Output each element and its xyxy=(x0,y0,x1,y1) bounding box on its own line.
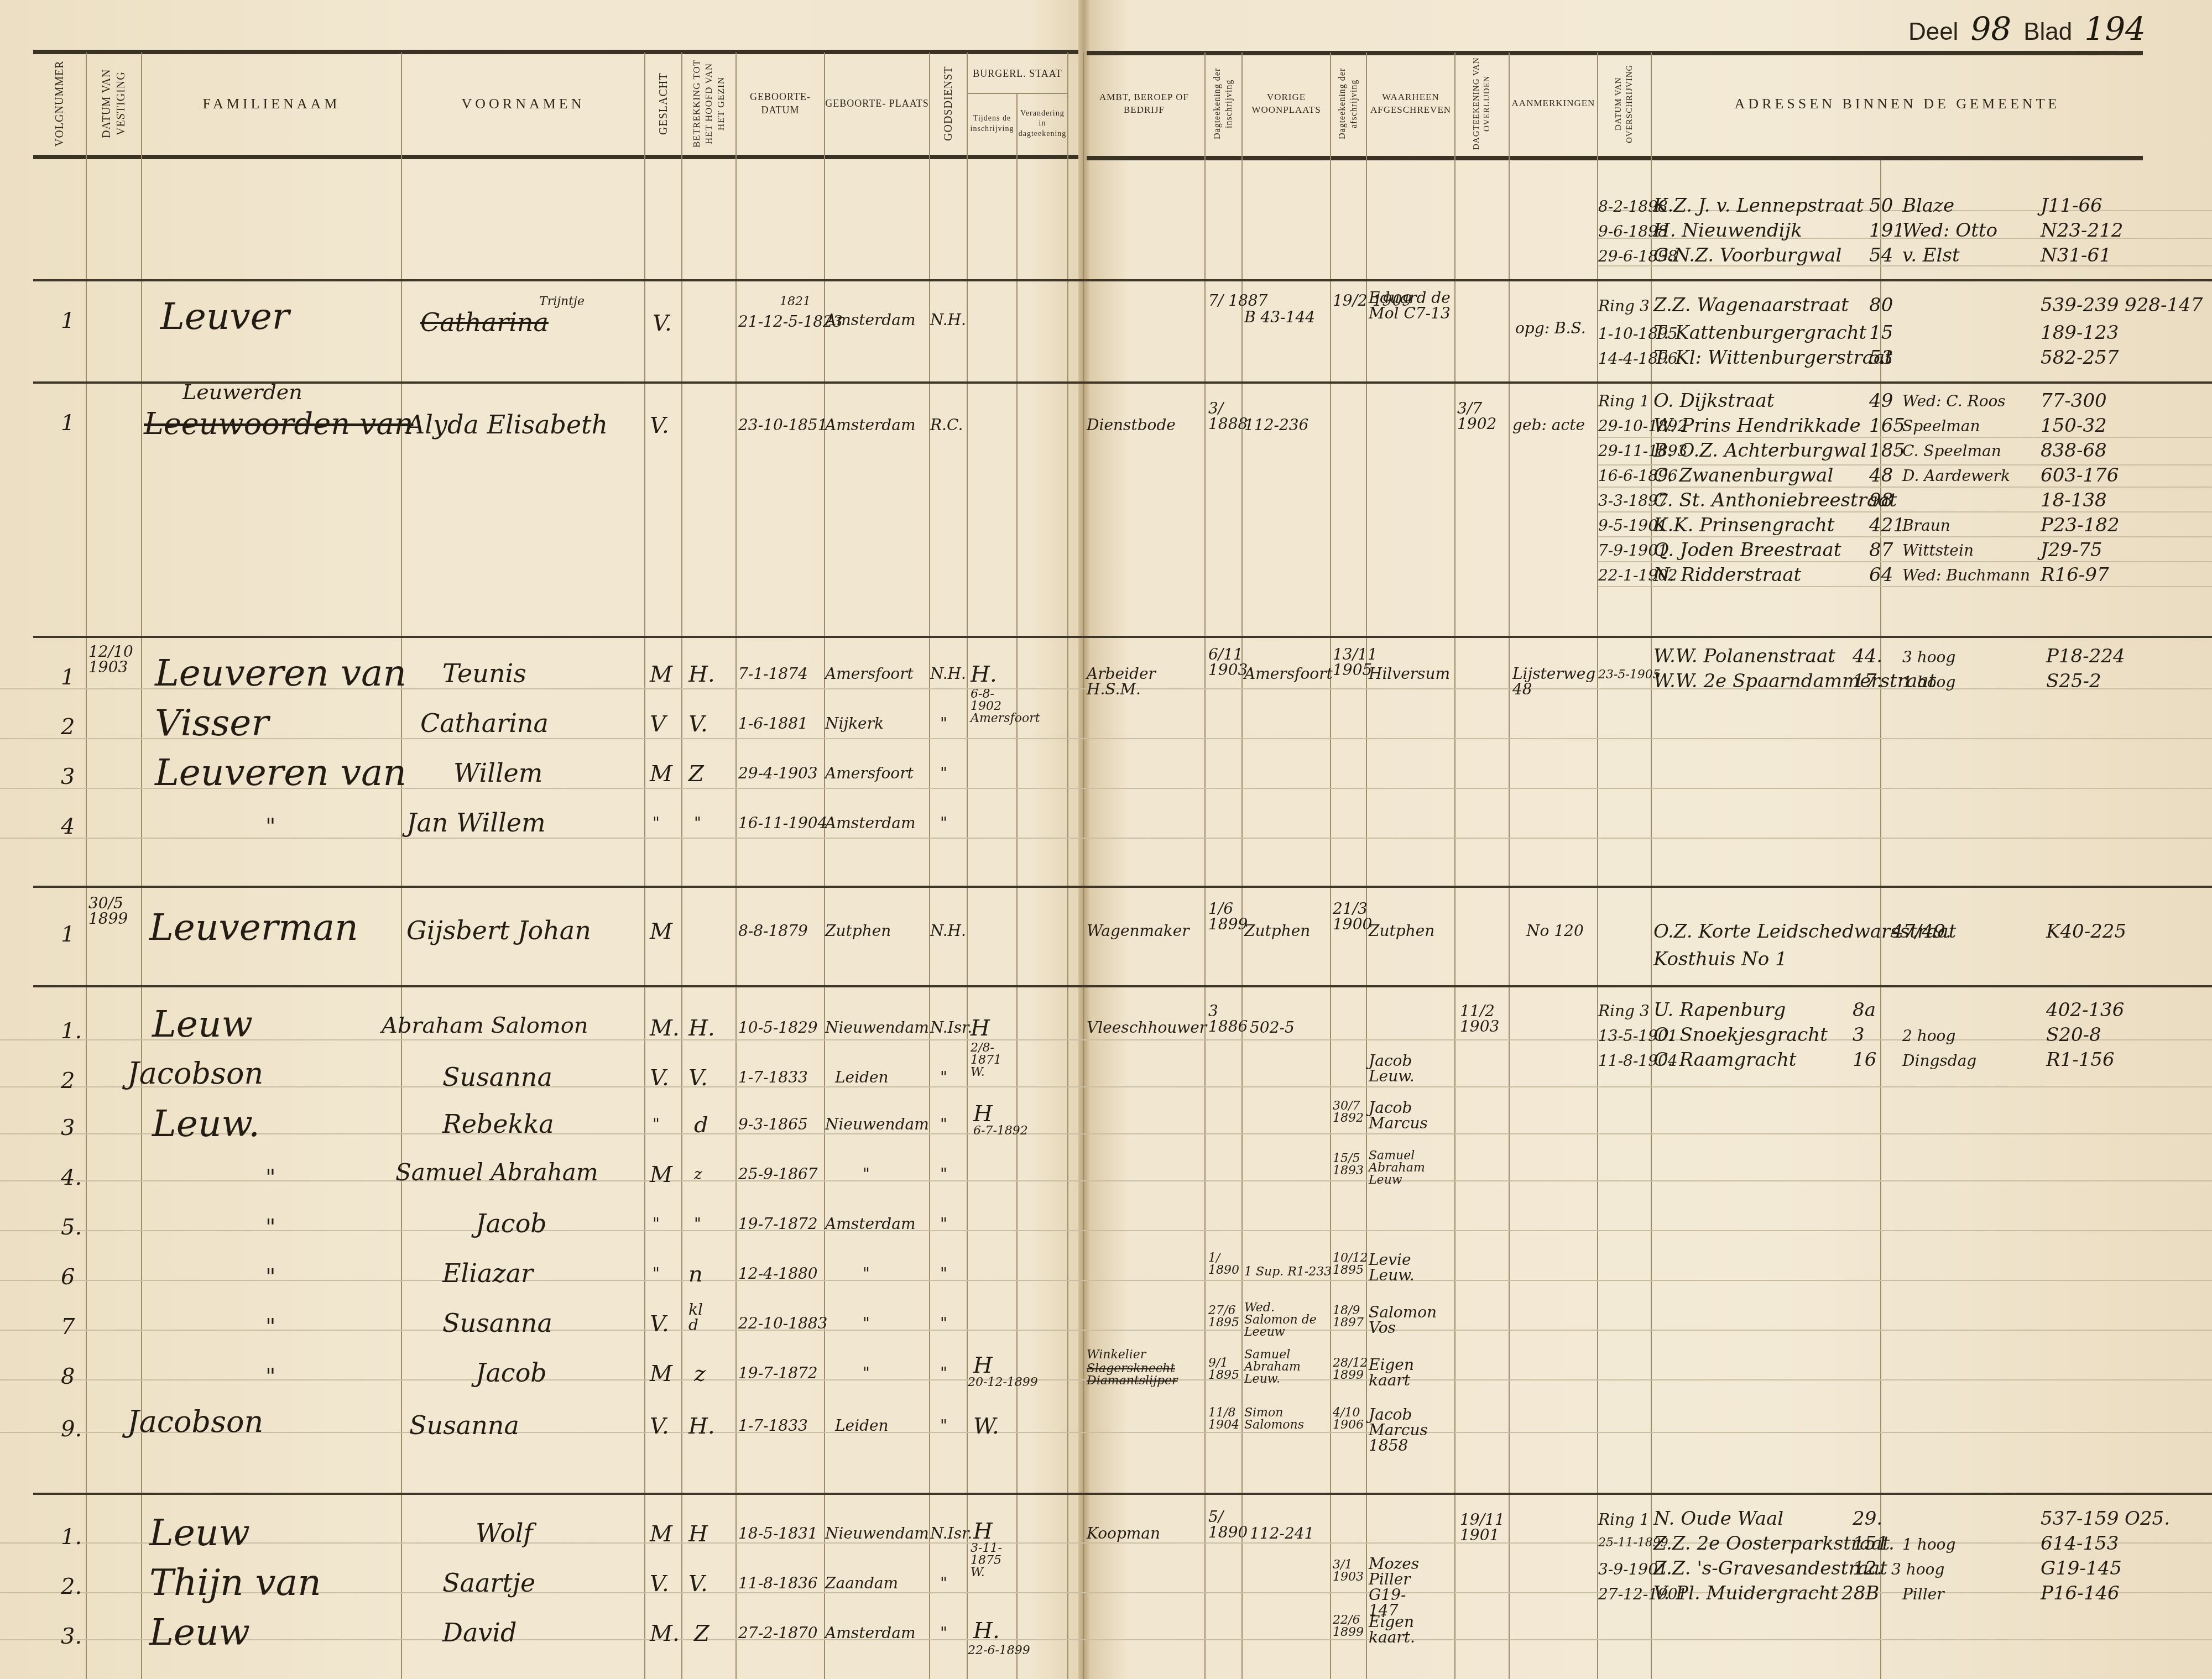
address-note: Wed: Otto xyxy=(1902,221,1997,240)
religion: " xyxy=(940,1167,947,1182)
address-number: 28B xyxy=(1841,1584,1879,1603)
waarheen: Samuel Abraham Leuw xyxy=(1369,1150,1435,1186)
surname: Leuveren van xyxy=(155,755,406,791)
volgnummer: 6 xyxy=(61,1266,75,1288)
family-separator xyxy=(33,886,2212,888)
waarheen: Hilversum xyxy=(1369,666,1450,682)
address-date: Ring 1 xyxy=(1598,394,1650,409)
address-ref: N31-61 xyxy=(2041,246,2111,265)
family-separator xyxy=(33,985,2212,987)
given-name: Gijsbert Johan xyxy=(406,918,591,943)
date-inschrijving: 7/ 1887 xyxy=(1208,293,1267,308)
col-line xyxy=(644,53,645,1679)
burgerl-staat-change: 3-11-1875 W. xyxy=(971,1542,1018,1579)
volgnummer: 1. xyxy=(61,1526,82,1548)
surname: Leuverman xyxy=(149,909,358,946)
address-note: Wed: C. Roos xyxy=(1902,394,2006,409)
address-ref: S25-2 xyxy=(2046,672,2101,691)
aanmerkingen: Lijsterweg 48 xyxy=(1512,666,1595,697)
family-separator xyxy=(33,636,2212,638)
date-afschrijving: 3/1 1903 xyxy=(1333,1559,1366,1583)
volgnummer: 2 xyxy=(61,716,75,738)
address-number: 53 xyxy=(1869,348,1893,367)
given-name: Eliazar xyxy=(442,1260,533,1286)
volgnummer: 8 xyxy=(61,1366,75,1388)
relation: Z xyxy=(688,763,704,785)
address-ref: P16-146 xyxy=(2041,1584,2120,1603)
religion: R.C. xyxy=(930,417,963,433)
book-gutter xyxy=(1078,0,1089,1679)
given-name: Jacob xyxy=(476,1360,547,1385)
burgerl-staat: H xyxy=(973,1103,993,1125)
address-number: 98 xyxy=(1869,491,1893,510)
birth-place: Zutphen xyxy=(825,923,891,939)
volgnummer: 2 xyxy=(61,1070,75,1092)
address-street: V. Pl. Muidergracht xyxy=(1653,1584,1838,1603)
waarheen: Jacob Leuw. xyxy=(1369,1053,1435,1084)
col-line xyxy=(967,53,968,1679)
col-header-datum-overschrijving: Datum van overschrijving xyxy=(1598,55,1651,152)
birth-date: 19-7-1872 xyxy=(738,1366,818,1381)
date-inschrijving: 3 1886 xyxy=(1208,1003,1241,1034)
address-date: Ring 1 xyxy=(1598,1512,1650,1528)
surname: " xyxy=(265,815,275,838)
given-name: Catharina xyxy=(420,710,549,736)
birth-date: 11-8-1836 xyxy=(738,1576,818,1591)
birth-date: 8-8-1879 xyxy=(738,923,808,939)
col-header-voornamen: Voornamen xyxy=(402,55,644,152)
col-header-datum-vestiging: Datum van vestiging xyxy=(87,55,141,152)
birth-place: Nieuwendam xyxy=(825,1020,929,1035)
address-ref: 18-138 xyxy=(2041,491,2107,510)
col-line xyxy=(1204,53,1206,1679)
address-note: 1 hoog xyxy=(1902,1537,1955,1552)
date-inschrijving: 9/1 1895 xyxy=(1208,1357,1241,1382)
col-header-dag-afschrijving: Dagteekening der afschrijving xyxy=(1331,55,1366,152)
col-line xyxy=(1509,53,1510,1679)
address-number: 421 xyxy=(1869,516,1905,535)
col-line xyxy=(86,53,87,1679)
date-overlijden: 3/7 1902 xyxy=(1457,401,1496,432)
relation: " xyxy=(694,815,701,831)
birth-date: 1-7-1833 xyxy=(738,1418,808,1434)
sex: V. xyxy=(653,312,672,334)
address-number: 44. xyxy=(1853,647,1882,666)
date-inschrijving: 11/8 1904 xyxy=(1208,1407,1241,1431)
sex: V. xyxy=(650,1415,669,1437)
relation: z xyxy=(694,1167,702,1182)
given-name: Saartje xyxy=(442,1570,535,1596)
address-note: Dingsdag xyxy=(1902,1053,1976,1069)
sex: V. xyxy=(650,415,669,437)
sex: V xyxy=(650,713,666,735)
volgnummer: 4. xyxy=(61,1167,82,1189)
sex: " xyxy=(653,815,660,831)
volgnummer: 3. xyxy=(61,1625,82,1647)
religion: " xyxy=(940,1625,947,1641)
vorige-woonplaats: 112-241 xyxy=(1250,1526,1314,1541)
ruled-line xyxy=(0,1180,2212,1181)
address-note: Braun xyxy=(1902,518,1950,533)
address-note: 1 hoog xyxy=(1902,674,1955,690)
sex: M xyxy=(650,1164,672,1186)
date-inschrijving: 1/ 1890 xyxy=(1208,1252,1241,1277)
volgnummer: 5. xyxy=(61,1216,82,1238)
given-name: Alyda Elisabeth xyxy=(406,412,608,437)
religion: N.H. xyxy=(930,312,966,328)
col-line xyxy=(401,53,402,1679)
surname: " xyxy=(265,1266,275,1288)
sex: M xyxy=(650,763,672,785)
birth-place: " xyxy=(863,1366,870,1381)
volgnummer: 1 xyxy=(61,412,75,434)
given-name: Abraham Salomon xyxy=(382,1014,588,1037)
address-ref: 402-136 xyxy=(2046,1001,2124,1019)
burgerl-staat: W. xyxy=(973,1415,999,1437)
address-number: 185 xyxy=(1869,441,1905,460)
address-note: C. Speelman xyxy=(1902,443,2001,459)
col-header-geslacht: Geslacht xyxy=(645,55,681,152)
date-afschrijving: 10/12 1895 xyxy=(1333,1252,1366,1277)
ambt: Winkelier xyxy=(1087,1349,1146,1361)
ambt-struck: Slagersknecht Diamantslijper xyxy=(1087,1363,1203,1387)
vorige-woonplaats: Samuel Abraham Leuw. xyxy=(1244,1349,1327,1385)
birth-date: 22-10-1883 xyxy=(738,1316,827,1331)
birth-place: Leiden xyxy=(835,1070,889,1085)
birth-date: 16-11-1904 xyxy=(738,815,827,831)
address-number: 54 xyxy=(1869,246,1893,265)
address-note: 3 hoog xyxy=(1902,650,1955,665)
sex: " xyxy=(653,1216,660,1232)
address-number: 80 xyxy=(1869,296,1893,315)
col-header-burgerl-verandering: Verandering in dagteekening xyxy=(1018,95,1067,153)
religion: " xyxy=(940,1266,947,1282)
sex: " xyxy=(653,1117,660,1132)
surname: Visser xyxy=(155,705,269,741)
birth-date: 23-10-1851 xyxy=(738,417,827,433)
sex: M. xyxy=(650,1623,680,1645)
family-separator xyxy=(33,279,2212,281)
aanmerkingen: geb: acte xyxy=(1512,417,1585,433)
ruled-line xyxy=(1598,437,2212,438)
ruled-line xyxy=(0,1330,2212,1331)
col-header-waarheen: Waarheen afgeschreven xyxy=(1367,55,1454,152)
relation: " xyxy=(694,1216,701,1232)
ambt: Vleeschhouwer xyxy=(1087,1020,1207,1035)
address-number: 15 xyxy=(1869,323,1893,342)
ruled-line xyxy=(0,838,2212,839)
col-line xyxy=(1083,53,1084,1679)
burgerl-staat: H. xyxy=(973,1620,1000,1642)
sex: M. xyxy=(650,1017,680,1039)
surname: Thijn van xyxy=(149,1565,321,1601)
address-ref: 838-68 xyxy=(2041,441,2107,460)
address-street: O. Dijkstraat xyxy=(1653,391,1774,410)
address-ref: S20-8 xyxy=(2046,1026,2101,1044)
date-afschrijving: 30/7 1892 xyxy=(1333,1100,1366,1124)
date-overlijden: 11/2 1903 xyxy=(1460,1003,1493,1034)
birth-date: 1-6-1881 xyxy=(738,716,808,731)
surname: Leeuwoorden van xyxy=(144,409,414,439)
col-line xyxy=(1880,160,1881,1679)
date-afschrijving: 15/5 1893 xyxy=(1333,1153,1366,1177)
birth-date: 25-9-1867 xyxy=(738,1167,818,1182)
col-header-aanmerkingen: Aanmerkingen xyxy=(1510,55,1597,152)
given-name: Samuel Abraham xyxy=(395,1161,598,1184)
burgerl-staat: H xyxy=(971,1017,990,1039)
religion: " xyxy=(940,1316,947,1331)
birth-place: Amersfoort xyxy=(825,666,914,682)
ruled-line xyxy=(0,1133,2212,1134)
birth-date: 27-2-1870 xyxy=(738,1625,818,1641)
waarheen: Jacob Marcus 1858 xyxy=(1369,1407,1435,1453)
col-line xyxy=(929,53,930,1679)
address-number: 151. xyxy=(1853,1534,1895,1553)
ruled-line xyxy=(0,1432,2212,1433)
date-inschrijving: 1/6 1899 xyxy=(1208,901,1241,932)
address-number: 12. xyxy=(1853,1559,1882,1578)
address-street: T. Kattenburgergracht xyxy=(1653,323,1866,342)
deel-label: Deel xyxy=(1908,18,1959,46)
address-note: 2 hoog xyxy=(1902,1028,1955,1044)
ruled-line xyxy=(0,1280,2212,1281)
address-number: 16 xyxy=(1853,1050,1876,1069)
address-street: N. Oude Waal xyxy=(1653,1509,1783,1528)
birth-place: " xyxy=(863,1167,870,1182)
address-ref: P18-224 xyxy=(2046,647,2125,666)
col-header-ambt: Ambt, beroep of bedrijf xyxy=(1084,55,1204,152)
waarheen: Salomon Vos xyxy=(1369,1305,1435,1336)
col-header-vorige-woonplaats: Vorige woonplaats xyxy=(1243,55,1330,152)
birth-date-correction: 1821 xyxy=(780,296,811,308)
col-header-dag-overlijden: Dagteekening van overlijden xyxy=(1455,55,1509,152)
address-number: 64 xyxy=(1869,566,1893,584)
given-name: Teunis xyxy=(442,661,526,686)
religion: N.Isr. xyxy=(930,1020,972,1035)
given-name: Susanna xyxy=(409,1413,519,1438)
address-ref: R1-156 xyxy=(2046,1050,2115,1069)
vorige-woonplaats: 502-5 xyxy=(1250,1020,1295,1035)
birth-place: " xyxy=(863,1266,870,1282)
address-street: C. Zwanenburgwal xyxy=(1653,466,1833,485)
religion: " xyxy=(940,815,947,831)
address-ref: J29-75 xyxy=(2041,541,2103,559)
religion: N.Isr. xyxy=(930,1526,972,1541)
waarheen: Zutphen xyxy=(1369,923,1434,939)
ruled-line xyxy=(0,1639,2212,1640)
religion: N.H. xyxy=(930,666,966,682)
address-number: 3 xyxy=(1853,1026,1865,1044)
religion: " xyxy=(940,1117,947,1132)
burgerl-staat-change: 6-7-1892 xyxy=(973,1125,1028,1137)
given-name: David xyxy=(442,1620,517,1645)
relation: z xyxy=(694,1363,706,1385)
address-number: 191 xyxy=(1869,221,1905,240)
given-name: Jan Willem xyxy=(406,810,546,835)
col-line xyxy=(1454,53,1455,1679)
volgnummer: 4 xyxy=(61,815,75,838)
birth-place: Nieuwendam xyxy=(825,1526,929,1541)
address-number: 48 xyxy=(1869,466,1893,485)
ruled-line xyxy=(0,1086,2212,1087)
col-header-familienaam: Familienaam xyxy=(142,55,401,152)
given-name-correction: Trijntje xyxy=(539,296,585,308)
birth-date: 12-4-1880 xyxy=(738,1266,818,1282)
family-separator xyxy=(33,1493,2212,1495)
deel-value: 98 xyxy=(1970,10,2011,48)
volgnummer: 1 xyxy=(61,923,75,945)
religion: " xyxy=(940,1576,947,1591)
sex: M xyxy=(650,663,672,686)
header-top-rule-right xyxy=(1087,51,2143,55)
address-ref: G19-145 xyxy=(2041,1559,2122,1578)
address-note: Blaze xyxy=(1902,196,1954,215)
address-street: N. Ridderstraat xyxy=(1653,566,1801,584)
date-afschrijving: 4/10 1906 xyxy=(1333,1407,1366,1431)
col-header-geboortedatum: Geboorte- datum xyxy=(737,55,824,152)
date-afschrijving: 13/11 1905 xyxy=(1333,647,1366,678)
surname: Leuw xyxy=(152,1006,253,1043)
sex: M xyxy=(650,1363,672,1385)
address-ref: 582-257 xyxy=(2041,348,2119,367)
sex: " xyxy=(653,1266,660,1282)
vorige-woonplaats: Simon Salomons xyxy=(1244,1407,1327,1431)
col-line xyxy=(824,53,825,1679)
volgnummer: 2. xyxy=(61,1576,82,1598)
address-ref: 603-176 xyxy=(2041,466,2119,485)
given-name: Jacob xyxy=(476,1211,547,1236)
address-note: Wed: Buchmann xyxy=(1902,568,2030,583)
surname: Jacobson xyxy=(127,1059,263,1089)
surname: " xyxy=(265,1316,275,1338)
address-street: W.W. 2e Spaarndammerstraat xyxy=(1653,672,1936,691)
volgnummer: 1. xyxy=(61,1020,82,1042)
relation: V. xyxy=(688,1573,708,1595)
surname: Jacobson xyxy=(127,1407,263,1437)
religion: N.H. xyxy=(930,923,966,939)
col-header-betrekking: Betrekking tot het hoofd van het gezin xyxy=(682,55,735,152)
relation: d xyxy=(694,1114,708,1136)
sex: M xyxy=(650,920,672,943)
address-street: O. Snoekjesgracht xyxy=(1653,1026,1828,1044)
waarheen: Eigen kaart. xyxy=(1369,1614,1435,1645)
birth-place: Amersfoort xyxy=(825,766,914,781)
address-number: 165 xyxy=(1869,416,1905,435)
aanmerkingen: opg: B.S. xyxy=(1515,321,1586,336)
address-street: Q. Joden Breestraat xyxy=(1653,541,1841,559)
address-street: Z.Z. Wagenaarstraat xyxy=(1653,296,1849,315)
col-header-volgnummer: Volgnummer xyxy=(33,55,86,152)
address-street: K.K. Prinsengracht xyxy=(1653,516,1834,535)
blad-label: Blad xyxy=(2023,18,2072,46)
address-street: H. Nieuwendijk xyxy=(1653,221,1802,240)
given-name: Rebekka xyxy=(442,1111,554,1137)
header-bottom-rule-right xyxy=(1087,156,2143,160)
address-note: 3 hoog xyxy=(1891,1562,1944,1577)
address-ref: N23-212 xyxy=(2041,221,2123,240)
address-number: 49 xyxy=(1869,391,1893,410)
vorige-woonplaats: 112-236 xyxy=(1244,417,1308,433)
address-street: Kosthuis No 1 xyxy=(1653,950,1787,969)
relation: V. xyxy=(688,713,708,735)
birth-place: Leiden xyxy=(835,1418,889,1434)
given-name: Willem xyxy=(453,760,542,786)
col-line xyxy=(1067,53,1068,1679)
address-note: Wittstein xyxy=(1902,543,1974,558)
surname: " xyxy=(265,1216,275,1238)
date-inschrijving: 6/11 1903 xyxy=(1208,647,1241,678)
address-ref: 539-239 928-147 xyxy=(2041,296,2203,315)
surname-correction: Leuwerden xyxy=(182,381,302,402)
ruled-line xyxy=(1598,586,2212,587)
address-date: Ring 3 xyxy=(1598,299,1650,314)
col-header-godsdienst: Godsdienst xyxy=(930,55,967,152)
address-note: Piller xyxy=(1902,1587,1944,1602)
surname: Leuw xyxy=(149,1515,250,1551)
address-note: v. Elst xyxy=(1902,246,1960,265)
given-name: Catharina xyxy=(420,310,549,335)
address-number: 8a xyxy=(1853,1001,1876,1019)
ruled-line xyxy=(1598,561,2212,562)
birth-place: Amsterdam xyxy=(825,312,916,328)
burgerl-staat: H. xyxy=(971,663,997,686)
address-note: Speelman xyxy=(1902,419,1980,434)
relation: H. xyxy=(688,1017,715,1039)
given-name: Susanna xyxy=(442,1064,552,1090)
address-number: 29. xyxy=(1853,1509,1882,1528)
vorige-woonplaats: Wed. Salomon de Leeuw xyxy=(1244,1302,1327,1338)
birth-place: Amsterdam xyxy=(825,815,916,831)
address-note: D. Aardewerk xyxy=(1902,468,2010,484)
waarheen: Mozes Piller G19-147 xyxy=(1369,1556,1435,1618)
aanmerkingen: No 120 xyxy=(1526,923,1584,939)
address-street: G.N.Z. Voorburgwal xyxy=(1653,246,1841,265)
datum-vestiging: 30/5 1899 xyxy=(88,896,138,927)
family-separator xyxy=(33,381,2212,384)
vorige-woonplaats: B 43-144 xyxy=(1244,310,1315,325)
datum-vestiging: 12/10 1903 xyxy=(88,644,138,675)
burgerl-staat-change: 2/8-1871 W. xyxy=(971,1042,1018,1079)
birth-date: 29-4-1903 xyxy=(738,766,818,781)
volgnummer: 3 xyxy=(61,766,75,788)
date-inschrijving: 3/ 1888 xyxy=(1208,401,1241,432)
date-afschrijving: 18/9 1897 xyxy=(1333,1305,1366,1329)
address-ref: 189-123 xyxy=(2041,323,2119,342)
relation: Z xyxy=(694,1623,709,1645)
address-ref: 150-32 xyxy=(2041,416,2107,435)
address-ref: 537-159 O25. xyxy=(2041,1509,2170,1528)
ambt: Arbeider H.S.M. xyxy=(1087,666,1203,697)
col-header-burgerl-tijdens: Tijdens de inschrijving xyxy=(968,95,1016,153)
address-date: Ring 3 xyxy=(1598,1003,1650,1019)
given-name: Wolf xyxy=(476,1520,533,1546)
birth-date: 10-5-1829 xyxy=(738,1020,818,1035)
birth-date: 7-1-1874 xyxy=(738,666,808,682)
sex: V. xyxy=(650,1067,669,1089)
address-number: 17. xyxy=(1853,672,1882,691)
relation: V. xyxy=(688,1067,708,1089)
relation: H xyxy=(688,1523,708,1545)
col-header-burgerl-staat: Burgerl. staat xyxy=(968,55,1067,94)
address-ref: K40-225 xyxy=(2046,922,2126,941)
birth-place: Amsterdam xyxy=(825,1216,916,1232)
birth-date: 18-5-1831 xyxy=(738,1526,818,1541)
date-afschrijving: 22/6 1899 xyxy=(1333,1614,1366,1639)
address-street: C. St. Anthoniebreestraat xyxy=(1653,491,1897,510)
surname: " xyxy=(265,1366,275,1388)
ambt: Koopman xyxy=(1087,1526,1160,1541)
date-overlijden: 19/11 1901 xyxy=(1460,1512,1493,1543)
